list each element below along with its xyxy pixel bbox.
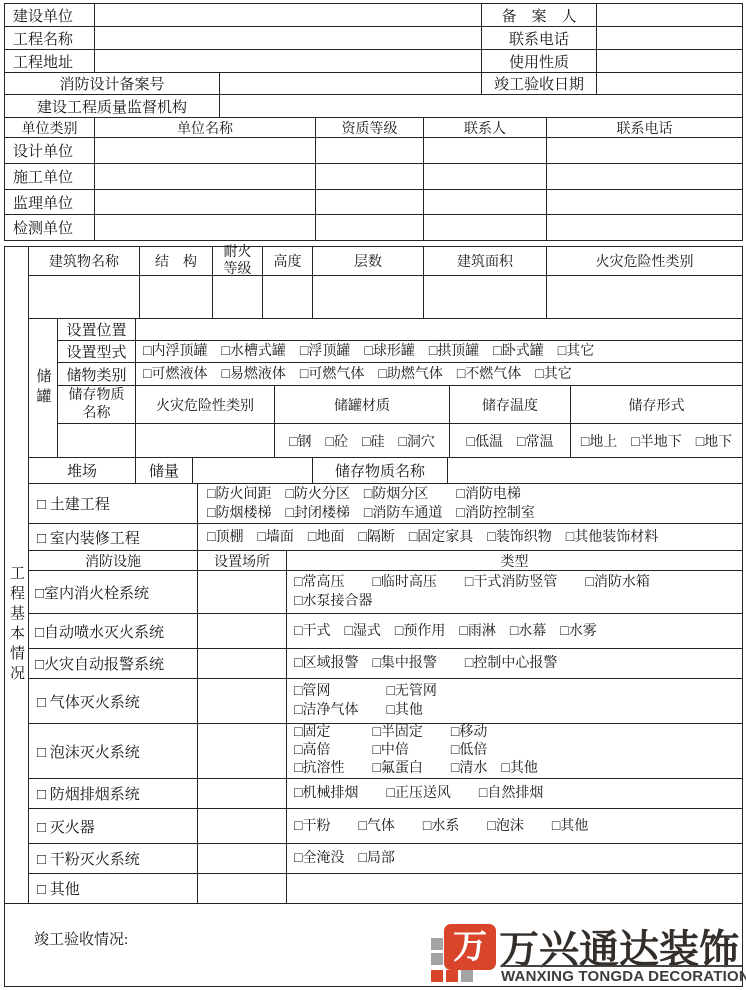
building-hazard-class-cell[interactable] bbox=[546, 275, 743, 319]
logo-red-block-1 bbox=[431, 970, 443, 982]
interior-decoration-label[interactable]: □ 室内装修工程 bbox=[28, 523, 198, 551]
tank-hazard-header: 火灾危险性类别 bbox=[135, 385, 275, 424]
building-header-structure: 结 构 bbox=[139, 246, 213, 276]
building-header-area: 建筑面积 bbox=[423, 246, 547, 276]
facility-dry-powder-label[interactable]: □ 干粉灭火系统 bbox=[28, 843, 198, 874]
unit-supervision-phone-cell[interactable] bbox=[546, 189, 743, 215]
facility-extinguisher-options[interactable]: □干粉 □气体 □水系 □泡沫 □其他 bbox=[286, 808, 743, 844]
facility-smoke-control-label[interactable]: □ 防烟排烟系统 bbox=[28, 778, 198, 809]
building-header-name: 建筑物名称 bbox=[28, 246, 140, 276]
unit-testing-name-cell[interactable] bbox=[94, 214, 316, 241]
building-height-cell[interactable] bbox=[262, 275, 313, 319]
tank-style-label: 设置型式 bbox=[57, 340, 136, 363]
facility-other-label[interactable]: □ 其他 bbox=[28, 873, 198, 904]
usage-nature-label: 使用性质 bbox=[481, 49, 597, 73]
logo-mark-icon: 万 bbox=[428, 916, 498, 986]
unit-design-contact-cell[interactable] bbox=[423, 137, 547, 164]
construction-unit-label: 建设单位 bbox=[4, 3, 95, 27]
quality-supervision-agency-label: 建设工程质量监督机构 bbox=[4, 94, 220, 118]
unit-testing-contact-cell[interactable] bbox=[423, 214, 547, 241]
acceptance-status-label: 竣工验收情况: bbox=[34, 928, 128, 949]
completion-date-value[interactable] bbox=[596, 72, 743, 95]
unit-row-construction-label: 施工单位 bbox=[4, 163, 95, 190]
stockyard-quantity-label: 储量 bbox=[135, 457, 193, 484]
project-name-label: 工程名称 bbox=[4, 26, 95, 50]
facility-foam-extinguishing-place-cell[interactable] bbox=[197, 723, 287, 779]
tank-hazard-cell[interactable] bbox=[135, 423, 275, 458]
building-header-hazard-class: 火灾危险性类别 bbox=[546, 246, 743, 276]
units-header-contact: 联系人 bbox=[423, 117, 547, 138]
tank-category-label: 储物类别 bbox=[57, 362, 136, 386]
units-header-category: 单位类别 bbox=[4, 117, 95, 138]
section-label-text: 工程基本情况 bbox=[6, 565, 27, 685]
facility-fire-alarm-label[interactable]: □火灾自动报警系统 bbox=[28, 648, 198, 679]
unit-row-testing-label: 检测单位 bbox=[4, 214, 95, 241]
stockyard-substance-label: 储存物质名称 bbox=[312, 457, 448, 484]
logo-english-name: WANXING TONGDA DECORATION bbox=[501, 968, 746, 985]
tank-style-options[interactable]: □内浮顶罐 □水槽式罐 □浮顶罐 □球形罐 □拱顶罐 □卧式罐 □其它 bbox=[135, 340, 743, 363]
facility-fire-alarm-options[interactable]: □区域报警 □集中报警 □控制中心报警 bbox=[286, 648, 743, 679]
construction-unit-value[interactable] bbox=[94, 3, 482, 27]
units-header-phone: 联系电话 bbox=[546, 117, 743, 138]
facility-dry-powder-options[interactable]: □全淹没 □局部 bbox=[286, 843, 743, 874]
civil-works-options[interactable]: □防火间距 □防火分区 □防烟分区 □消防电梯 □防烟楼梯 □封闭楼梯 □消防车… bbox=[197, 483, 743, 524]
tank-material-header: 储罐材质 bbox=[274, 385, 450, 424]
tank-temperature-options[interactable]: □低温 □常温 bbox=[449, 423, 571, 458]
facility-sprinkler-label[interactable]: □自动喷水灭火系统 bbox=[28, 613, 198, 649]
section-label-project-basic-info: 工程基本情况 bbox=[4, 246, 29, 904]
tank-form-header: 储存形式 bbox=[570, 385, 743, 424]
unit-construction-contact-cell[interactable] bbox=[423, 163, 547, 190]
logo-red-square: 万 bbox=[444, 924, 496, 970]
usage-nature-value[interactable] bbox=[596, 49, 743, 73]
tank-material-options[interactable]: □钢 □砼 □硅 □洞穴 bbox=[274, 423, 450, 458]
logo-gray-block-2 bbox=[431, 953, 443, 965]
facility-gas-extinguishing-place-cell[interactable] bbox=[197, 678, 287, 724]
unit-construction-phone-cell[interactable] bbox=[546, 163, 743, 190]
tank-location-value[interactable] bbox=[135, 318, 743, 341]
tank-category-options[interactable]: □可燃液体 □易燃液体 □可燃气体 □助燃气体 □不燃气体 □其它 bbox=[135, 362, 743, 386]
facility-dry-powder-place-cell[interactable] bbox=[197, 843, 287, 874]
unit-row-design-label: 设计单位 bbox=[4, 137, 95, 164]
project-name-value[interactable] bbox=[94, 26, 482, 50]
facility-sprinkler-options[interactable]: □干式 □湿式 □预作用 □雨淋 □水幕 □水雾 bbox=[286, 613, 743, 649]
stockyard-quantity-value[interactable] bbox=[192, 457, 313, 484]
facility-indoor-hydrant-label[interactable]: □室内消火栓系统 bbox=[28, 570, 198, 614]
civil-works-label[interactable]: □ 土建工程 bbox=[28, 483, 198, 524]
unit-testing-qualification-cell[interactable] bbox=[315, 214, 424, 241]
building-area-cell[interactable] bbox=[423, 275, 547, 319]
facility-foam-extinguishing-options[interactable]: □固定 □半固定 □移动 □高倍 □中倍 □低倍 □抗溶性 □氟蛋白 □清水 □… bbox=[286, 723, 743, 779]
unit-row-supervision-label: 监理单位 bbox=[4, 189, 95, 215]
unit-supervision-name-cell[interactable] bbox=[94, 189, 316, 215]
building-name-cell[interactable] bbox=[28, 275, 140, 319]
completion-date-label: 竣工验收日期 bbox=[481, 72, 597, 95]
filer-value[interactable] bbox=[596, 3, 743, 27]
unit-supervision-qualification-cell[interactable] bbox=[315, 189, 424, 215]
interior-decoration-options[interactable]: □顶棚 □墙面 □地面 □隔断 □固定家具 □装饰织物 □其他装饰材料 bbox=[197, 523, 743, 551]
facility-smoke-control-options[interactable]: □机械排烟 □正压送风 □自然排烟 bbox=[286, 778, 743, 809]
tank-location-label: 设置位置 bbox=[57, 318, 136, 341]
facility-smoke-control-place-cell[interactable] bbox=[197, 778, 287, 809]
contact-phone-label: 联系电话 bbox=[481, 26, 597, 50]
wanxing-tongda-logo: 万 万兴通达装饰 WANXING TONGDA DECORATION bbox=[428, 916, 742, 986]
project-address-value[interactable] bbox=[94, 49, 482, 73]
facilities-header-type: 类型 bbox=[286, 550, 743, 571]
facility-gas-extinguishing-options[interactable]: □管网 □无管网 □洁净气体 □其他 bbox=[286, 678, 743, 724]
facilities-header-facility: 消防设施 bbox=[28, 550, 198, 571]
building-floors-cell[interactable] bbox=[312, 275, 424, 319]
tank-temperature-header: 储存温度 bbox=[449, 385, 571, 424]
facility-other-options-cell[interactable] bbox=[286, 873, 743, 904]
facility-indoor-hydrant-place-cell[interactable] bbox=[197, 570, 287, 614]
logo-gray-block-1 bbox=[431, 938, 443, 950]
tank-substance-label: 储存物质名称 bbox=[57, 385, 136, 424]
facility-extinguisher-place-cell[interactable] bbox=[197, 808, 287, 844]
units-header-name: 单位名称 bbox=[94, 117, 316, 138]
unit-design-qualification-cell[interactable] bbox=[315, 137, 424, 164]
facility-sprinkler-place-cell[interactable] bbox=[197, 613, 287, 649]
tank-form-options[interactable]: □地上 □半地下 □地下 bbox=[570, 423, 743, 458]
unit-construction-name-cell[interactable] bbox=[94, 163, 316, 190]
building-fire-resistance-cell[interactable] bbox=[212, 275, 263, 319]
unit-construction-qualification-cell[interactable] bbox=[315, 163, 424, 190]
building-header-floors: 层数 bbox=[312, 246, 424, 276]
fire-design-filing-no-value[interactable] bbox=[219, 72, 482, 95]
contact-phone-value[interactable] bbox=[596, 26, 743, 50]
building-header-fire-resistance: 耐火等级 bbox=[212, 246, 263, 276]
unit-design-phone-cell[interactable] bbox=[546, 137, 743, 164]
unit-design-name-cell[interactable] bbox=[94, 137, 316, 164]
logo-divider bbox=[501, 965, 742, 967]
building-header-height: 高度 bbox=[262, 246, 313, 276]
fire-design-filing-no-label: 消防设计备案号 bbox=[4, 72, 220, 95]
facility-other-place-cell[interactable] bbox=[197, 873, 287, 904]
facility-fire-alarm-place-cell[interactable] bbox=[197, 648, 287, 679]
units-header-qualification: 资质等级 bbox=[315, 117, 424, 138]
stockyard-label: 堆场 bbox=[28, 457, 136, 484]
facility-extinguisher-label[interactable]: □ 灭火器 bbox=[28, 808, 198, 844]
facility-foam-extinguishing-label[interactable]: □ 泡沫灭火系统 bbox=[28, 723, 198, 779]
filer-label: 备 案 人 bbox=[481, 3, 597, 27]
tank-substance-cell[interactable] bbox=[57, 423, 136, 458]
logo-gray-block-3 bbox=[461, 970, 473, 982]
facility-indoor-hydrant-options[interactable]: □常高压 □临时高压 □干式消防竖管 □消防水箱 □水泵接合器 bbox=[286, 570, 743, 614]
logo-red-block-2 bbox=[446, 970, 458, 982]
facilities-header-place: 设置场所 bbox=[197, 550, 287, 571]
facility-gas-extinguishing-label[interactable]: □ 气体灭火系统 bbox=[28, 678, 198, 724]
stockyard-substance-value[interactable] bbox=[447, 457, 743, 484]
unit-testing-phone-cell[interactable] bbox=[546, 214, 743, 241]
unit-supervision-contact-cell[interactable] bbox=[423, 189, 547, 215]
tank-group-label: 储罐 bbox=[28, 318, 58, 458]
fire-acceptance-form: 建设单位 备 案 人 工程名称 联系电话 工程地址 使用性质 消防设计备案号 竣… bbox=[0, 0, 746, 990]
building-structure-cell[interactable] bbox=[139, 275, 213, 319]
project-address-label: 工程地址 bbox=[4, 49, 95, 73]
quality-supervision-agency-value[interactable] bbox=[219, 94, 743, 118]
